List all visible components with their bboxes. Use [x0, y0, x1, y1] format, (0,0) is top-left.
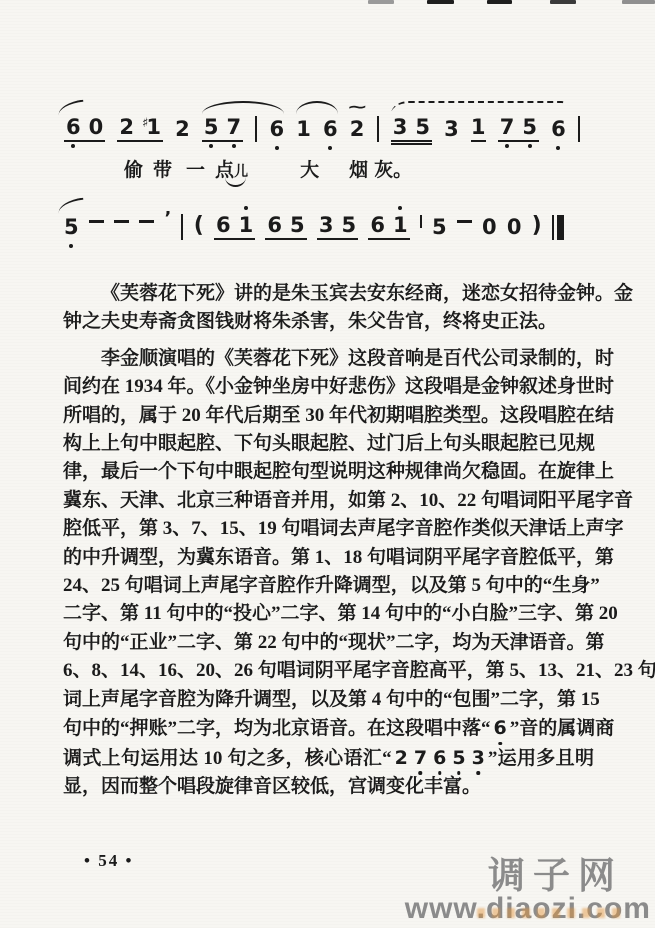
note: 5: [522, 114, 537, 140]
lyric-word: 烟: [349, 155, 368, 182]
sharp-icon: ♯: [142, 116, 148, 131]
note: 5: [290, 212, 305, 238]
text-segment: 显，因而整个唱段旋律音区较低，宫调变化丰富。: [63, 776, 481, 797]
note: 5: [341, 212, 356, 238]
note: 0: [507, 214, 522, 240]
note: 2: [175, 116, 190, 142]
parenthesis: ): [532, 212, 542, 240]
text-line: 24、25 句唱词上声尾字音腔作升降调型，以及第 5 句中的“生身”: [63, 572, 594, 600]
scan-artifact-mark: [622, 0, 655, 4]
barline: [255, 116, 257, 142]
lyric-sub: 儿: [234, 165, 248, 180]
text-line: 腔低平，第 3、7、15、19 句唱词去声尾字音腔作类似天津话上声字: [63, 515, 594, 543]
note: 3: [393, 114, 408, 140]
final-barline: [552, 214, 564, 240]
scan-artifact-mark: [487, 0, 512, 4]
note: 5: [415, 114, 430, 140]
note: 7: [227, 114, 242, 140]
text-line: 的中升调型，为冀东语音。第 1、18 句唱词阴平尾字音腔低平，第: [63, 544, 594, 572]
text-line: 显，因而整个唱段旋律音区较低，宫调变化丰富。: [63, 773, 594, 801]
note: 6: [216, 212, 231, 238]
text-segment: 构上上句中眼起腔、下句头眼起腔、过门后上句头眼起腔已见规: [63, 433, 595, 454]
text-line: 二字、第 11 句中的“投心”二字、第 14 句中的“小白脸”三字、第 20: [63, 600, 594, 628]
beam-group: 35: [391, 114, 432, 142]
note: 2~: [350, 116, 365, 142]
parenthesis: (: [194, 212, 204, 240]
note: ♯1: [142, 114, 161, 140]
text-segment: 调式上句运用达 10 句之多，核心语汇“: [63, 748, 392, 769]
phrase-tick-icon: [420, 215, 422, 228]
music-line-2: 5’(61653561500): [64, 196, 564, 240]
barline: [181, 214, 183, 240]
note: 0: [482, 214, 497, 240]
text-segment: ”运用多且明: [488, 748, 594, 769]
text-line: 构上上句中眼起腔、下句头眼起腔、过门后上句头眼起腔已见规: [63, 430, 594, 458]
text-segment: 腔低平，第 3、7、15、19 句唱词去声尾字音腔作类似天津话上声字: [63, 518, 624, 539]
note: 1: [471, 114, 486, 142]
note: 5: [64, 214, 79, 240]
text-line: 《芙蓉花下死》讲的是朱玉宾去安东经商，迷恋女招待金钟。金: [63, 280, 594, 308]
text-segment: 间约在 1934 年。《小金钟坐房中好悲伤》这段唱是金钟叙述身世时: [63, 376, 614, 397]
notes-row: 5’(61653561500): [64, 196, 564, 240]
text-line: 句中的“押账”二字，均为北京语音。在这段唱中落“6”音的属调商: [63, 714, 594, 743]
note: 5: [432, 214, 447, 240]
lyric-word: 带: [153, 155, 172, 182]
note: 6: [370, 212, 385, 238]
inline-note: 3: [472, 747, 485, 769]
beam-group: 65: [265, 212, 306, 240]
text-segment: 冀东、天津、北京三种语音并用，如第 2、10、22 句唱词阳平尾字音: [63, 490, 633, 511]
text-segment: 所唱的，属于 20 年代后期至 30 年代初期唱腔类型。这段唱腔在结: [63, 405, 614, 426]
note: 6: [267, 212, 282, 238]
beam-group: 61: [368, 212, 409, 240]
note: 7: [500, 114, 515, 140]
slur-arc: [391, 101, 566, 114]
scan-artifact-mark: [368, 0, 394, 4]
text-segment: 6、8、14、16、20、26 句唱词阴平尾字音腔高平，第 5、13、21、23…: [63, 660, 655, 681]
text-segment: 二字、第 11 句中的“投心”二字、第 14 句中的“小白脸”三字、第 20: [63, 603, 618, 624]
lyric-word: 大: [300, 155, 319, 182]
barline: [377, 116, 379, 142]
slur-arc: [57, 198, 84, 214]
text-segment: 句中的“押账”二字，均为北京语音。在这段唱中落“: [63, 718, 491, 739]
beam-group: 2♯1: [117, 114, 163, 142]
text-line: 律，最后一个下句中眼起腔句型说明这种规律尚欠稳固。在旋律上: [63, 458, 594, 486]
text-line: 词上声尾字音腔为降升调型，以及第 4 句中的“包围”二字，第 15: [63, 686, 594, 714]
note: 1: [296, 116, 311, 142]
barline: [578, 116, 580, 142]
text-line: 调式上句运用达 10 句之多，核心语汇“27653”运用多且明: [63, 744, 594, 773]
note: 6: [66, 114, 81, 140]
note: 3: [319, 212, 334, 238]
dash-note: [457, 220, 472, 223]
text-line: 李金顺演唱的《芙蓉花下死》这段音响是百代公司录制的，时: [63, 345, 594, 373]
slur-arc: [57, 100, 84, 116]
text-line: 所唱的，属于 20 年代后期至 30 年代初期唱腔类型。这段唱腔在结: [63, 402, 594, 430]
inline-note: 6: [494, 717, 507, 739]
text-line: 间约在 1934 年。《小金钟坐房中好悲伤》这段唱是金钟叙述身世时: [63, 373, 594, 401]
breath-mark-icon: ’: [164, 212, 171, 226]
note: 6: [551, 116, 566, 142]
text-line: 6、8、14、16、20、26 句唱词阴平尾字音腔高平，第 5、13、21、23…: [63, 657, 594, 685]
text-segment: 律，最后一个下句中眼起腔句型说明这种规律尚欠稳固。在旋律上: [63, 461, 614, 482]
note: 2: [119, 114, 134, 140]
beam-group: 57: [202, 114, 243, 142]
dash-note: [89, 220, 104, 223]
text-segment: 《芙蓉花下死》讲的是朱玉宾去安东经商，迷恋女招待金钟。金: [101, 283, 633, 304]
note: 1: [239, 212, 254, 238]
note: 6: [323, 116, 338, 142]
inline-note: 5: [452, 747, 465, 769]
inline-note: 7: [414, 747, 427, 769]
scan-artifact-mark: [427, 0, 454, 4]
page-number: • 54 •: [84, 851, 133, 871]
beam-group: 35: [317, 212, 358, 240]
scan-artifact-mark: [550, 0, 576, 4]
beam-group: 61: [214, 212, 255, 240]
lyric-word: 灰。: [374, 155, 412, 182]
article: 《芙蓉花下死》讲的是朱玉宾去安东经商，迷恋女招待金钟。金钟之夫史寿斋贪图钱财将朱…: [63, 280, 594, 809]
dash-note: [114, 220, 129, 223]
watermark-site-name: 调子网: [405, 857, 623, 894]
text-line: 句中的“正业”二字、第 22 句中的“现状”二字，均为天津语音。第: [63, 629, 594, 657]
beam-group: 75: [498, 114, 539, 142]
note: 5: [204, 114, 219, 140]
text-segment: 24、25 句唱词上声尾字音腔作升降调型，以及第 5 句中的“生身”: [63, 575, 600, 596]
lyric-word: 偷: [124, 155, 143, 182]
lyric-word: 一: [186, 155, 205, 182]
dash-note: [139, 220, 154, 223]
text-segment: 的中升调型，为冀东语音。第 1、18 句唱词阴平尾字音腔低平，第: [63, 547, 614, 568]
text-segment: ”音的属调商: [510, 718, 615, 739]
note: 3: [444, 116, 459, 142]
lyrics-row: 偷带一点儿大烟灰。: [64, 155, 580, 182]
beam-group: 60: [64, 114, 105, 142]
inline-note: 2: [395, 747, 408, 769]
text-segment: 钟之夫史寿斋贪图钱财将朱杀害，朱父告官，终将史正法。: [63, 311, 557, 332]
inline-note: 6: [433, 747, 446, 769]
note: 6: [269, 116, 284, 142]
book-page: 602♯12576162~3531756 偷带一点儿大烟灰。 5’(616535…: [0, 0, 655, 928]
watermark: 调子网 www.diaozi.com: [405, 857, 651, 924]
paragraph: 《芙蓉花下死》讲的是朱玉宾去安东经商，迷恋女招待金钟。金钟之夫史寿斋贪图钱财将朱…: [63, 280, 594, 337]
tremolo-icon: ~: [345, 101, 370, 113]
text-line: 冀东、天津、北京三种语音并用，如第 2、10、22 句唱词阳平尾字音: [63, 487, 594, 515]
paragraph: 李金顺演唱的《芙蓉花下死》这段音响是百代公司录制的，时间约在 1934 年。《小…: [63, 345, 594, 802]
music-line-1: 602♯12576162~3531756 偷带一点儿大烟灰。: [64, 98, 580, 182]
text-segment: 李金顺演唱的《芙蓉花下死》这段音响是百代公司录制的，时: [101, 348, 614, 369]
lyric-word: 点儿: [215, 155, 248, 182]
text-segment: 句中的“正业”二字、第 22 句中的“现状”二字，均为天津语音。第: [63, 632, 605, 653]
text-segment: 词上声尾字音腔为降升调型，以及第 4 句中的“包围”二字，第 15: [63, 689, 600, 710]
text-line: 钟之夫史寿斋贪图钱财将朱杀害，朱父告官，终将史正法。: [63, 308, 594, 336]
note: 0: [89, 114, 104, 140]
orange-watermark-remnant: [477, 908, 627, 918]
note: 1: [393, 212, 408, 238]
